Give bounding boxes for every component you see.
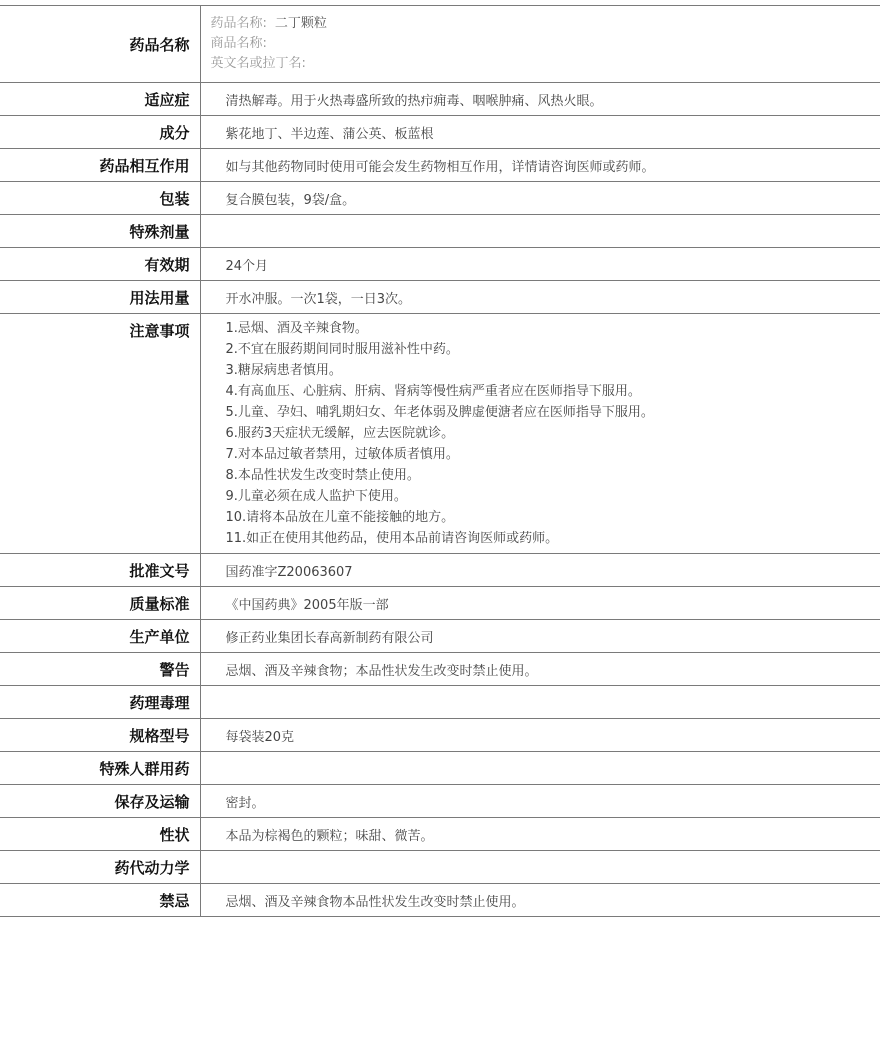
- row-label: 药品相互作用: [0, 149, 200, 182]
- trade-name-line: 商品名称:: [211, 34, 880, 54]
- precaution-item: 9.儿童必须在成人监护下使用。: [226, 486, 880, 507]
- row-approval-number: 批准文号 国药准字Z20063607: [0, 554, 880, 587]
- precaution-item: 3.糖尿病患者慎用。: [226, 360, 880, 381]
- row-value: 《中国药典》2005年版一部: [200, 587, 880, 620]
- precaution-item: 6.服药3天症状无缓解，应去医院就诊。: [226, 423, 880, 444]
- row-label: 药代动力学: [0, 851, 200, 884]
- row-label: 包装: [0, 182, 200, 215]
- row-label: 药理毒理: [0, 686, 200, 719]
- row-label: 批准文号: [0, 554, 200, 587]
- row-indications: 适应症 清热解毒。用于火热毒盛所致的热疖痈毒、咽喉肿痛、风热火眼。: [0, 83, 880, 116]
- row-label: 适应症: [0, 83, 200, 116]
- precaution-item: 1.忌烟、酒及辛辣食物。: [226, 318, 880, 339]
- row-value: 本品为棕褐色的颗粒；味甜、微苦。: [200, 818, 880, 851]
- precaution-item: 7.对本品过敏者禁用，过敏体质者慎用。: [226, 444, 880, 465]
- row-description: 性状 本品为棕褐色的颗粒；味甜、微苦。: [0, 818, 880, 851]
- generic-name-label: 药品名称:: [211, 16, 267, 31]
- precaution-item: 10.请将本品放在儿童不能接触的地方。: [226, 507, 880, 528]
- row-value: 密封。: [200, 785, 880, 818]
- row-value: 修正药业集团长春高新制药有限公司: [200, 620, 880, 653]
- generic-name-value: 二丁颗粒: [275, 16, 327, 31]
- row-value: 复合膜包装，9袋/盒。: [200, 182, 880, 215]
- row-pharmacokinetics: 药代动力学: [0, 851, 880, 884]
- row-packaging: 包装 复合膜包装，9袋/盒。: [0, 182, 880, 215]
- row-value: [200, 686, 880, 719]
- row-label: 注意事项: [0, 314, 200, 554]
- precaution-item: 2.不宜在服药期间同时服用滋补性中药。: [226, 339, 880, 360]
- english-name-line: 英文名或拉丁名:: [211, 54, 880, 74]
- row-value: 忌烟、酒及辛辣食物本品性状发生改变时禁止使用。: [200, 884, 880, 917]
- row-drug-name: 药品名称 药品名称:二丁颗粒 商品名称: 英文名或拉丁名:: [0, 6, 880, 83]
- row-label: 禁忌: [0, 884, 200, 917]
- row-quality-standard: 质量标准 《中国药典》2005年版一部: [0, 587, 880, 620]
- row-label: 警告: [0, 653, 200, 686]
- row-contraindications: 禁忌 忌烟、酒及辛辣食物本品性状发生改变时禁止使用。: [0, 884, 880, 917]
- row-special-populations: 特殊人群用药: [0, 752, 880, 785]
- row-pharmacology: 药理毒理: [0, 686, 880, 719]
- precautions-list: 1.忌烟、酒及辛辣食物。 2.不宜在服药期间同时服用滋补性中药。 3.糖尿病患者…: [200, 314, 880, 554]
- precaution-item: 4.有高血压、心脏病、肝病、肾病等慢性病严重者应在医师指导下服用。: [226, 381, 880, 402]
- row-value: [200, 752, 880, 785]
- row-label: 药品名称: [0, 6, 200, 83]
- row-usage-dosage: 用法用量 开水冲服。一次1袋，一日3次。: [0, 281, 880, 314]
- row-label: 用法用量: [0, 281, 200, 314]
- row-value: 24个月: [200, 248, 880, 281]
- row-warning: 警告 忌烟、酒及辛辣食物；本品性状发生改变时禁止使用。: [0, 653, 880, 686]
- row-value: 忌烟、酒及辛辣食物；本品性状发生改变时禁止使用。: [200, 653, 880, 686]
- row-label: 成分: [0, 116, 200, 149]
- row-storage: 保存及运输 密封。: [0, 785, 880, 818]
- row-label: 生产单位: [0, 620, 200, 653]
- row-value: 紫花地丁、半边莲、蒲公英、板蓝根: [200, 116, 880, 149]
- row-value: 清热解毒。用于火热毒盛所致的热疖痈毒、咽喉肿痛、风热火眼。: [200, 83, 880, 116]
- drug-spec-table: 药品名称 药品名称:二丁颗粒 商品名称: 英文名或拉丁名: 适应症 清热解毒。用…: [0, 5, 880, 917]
- row-label: 有效期: [0, 248, 200, 281]
- precaution-item: 11.如正在使用其他药品，使用本品前请咨询医师或药师。: [226, 528, 880, 549]
- precaution-item: 8.本品性状发生改变时禁止使用。: [226, 465, 880, 486]
- row-precautions: 注意事项 1.忌烟、酒及辛辣食物。 2.不宜在服药期间同时服用滋补性中药。 3.…: [0, 314, 880, 554]
- row-ingredients: 成分 紫花地丁、半边莲、蒲公英、板蓝根: [0, 116, 880, 149]
- english-name-label: 英文名或拉丁名:: [211, 56, 306, 71]
- drug-name-cell: 药品名称:二丁颗粒 商品名称: 英文名或拉丁名:: [200, 6, 880, 83]
- row-value: 国药准字Z20063607: [200, 554, 880, 587]
- generic-name-line: 药品名称:二丁颗粒: [211, 14, 880, 34]
- row-manufacturer: 生产单位 修正药业集团长春高新制药有限公司: [0, 620, 880, 653]
- row-shelf-life: 有效期 24个月: [0, 248, 880, 281]
- row-label: 规格型号: [0, 719, 200, 752]
- row-label: 质量标准: [0, 587, 200, 620]
- row-interactions: 药品相互作用 如与其他药物同时使用可能会发生药物相互作用，详情请咨询医师或药师。: [0, 149, 880, 182]
- trade-name-label: 商品名称:: [211, 36, 267, 51]
- row-label: 特殊人群用药: [0, 752, 200, 785]
- row-value: [200, 851, 880, 884]
- row-specification: 规格型号 每袋装20克: [0, 719, 880, 752]
- row-label: 保存及运输: [0, 785, 200, 818]
- row-special-dosage: 特殊剂量: [0, 215, 880, 248]
- row-value: 开水冲服。一次1袋，一日3次。: [200, 281, 880, 314]
- row-value: 每袋装20克: [200, 719, 880, 752]
- row-label: 性状: [0, 818, 200, 851]
- precaution-item: 5.儿童、孕妇、哺乳期妇女、年老体弱及脾虚便溏者应在医师指导下服用。: [226, 402, 880, 423]
- row-label: 特殊剂量: [0, 215, 200, 248]
- row-value: [200, 215, 880, 248]
- row-value: 如与其他药物同时使用可能会发生药物相互作用，详情请咨询医师或药师。: [200, 149, 880, 182]
